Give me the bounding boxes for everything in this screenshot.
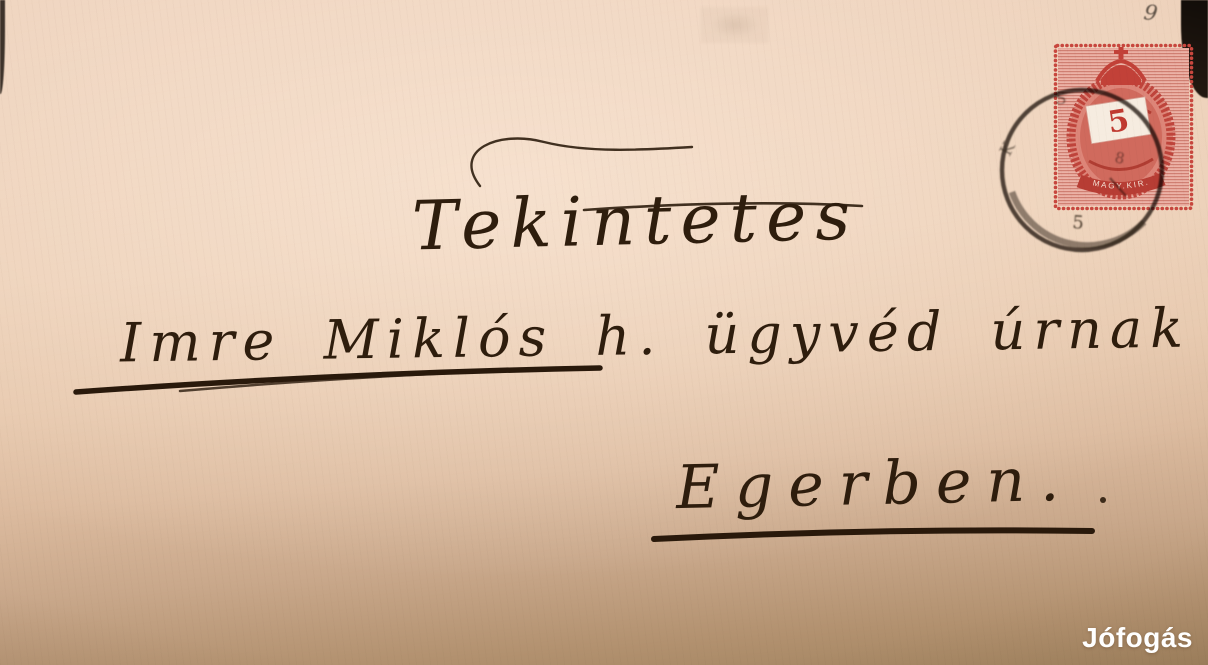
- destination-underline: [654, 530, 1092, 539]
- watermark-logo: Jófogás: [1082, 622, 1193, 654]
- postmark-town-letters: K S: [996, 85, 1093, 159]
- addressee-name: Imre Miklós: [120, 305, 555, 374]
- backdrop-edge-left: [0, 0, 5, 94]
- honorific-line: Tekintetes: [411, 177, 860, 267]
- envelope-photo: 9 Tekintetes Imre Miklós h. ügyvéd úrnak…: [0, 0, 1208, 665]
- postmark-date-digit: 8: [1113, 148, 1126, 168]
- postmark: K S 8 5: [994, 82, 1174, 262]
- faint-smudge: [702, 7, 768, 43]
- addressee-line: Imre Miklós h. ügyvéd úrnak: [120, 297, 1192, 375]
- svg-text:K S: K S: [996, 85, 1093, 159]
- addressee-title: h. ügyvéd úrnak: [595, 297, 1191, 368]
- postmark-bottom-digit: 5: [1072, 212, 1085, 234]
- pencil-mark: 9: [1142, 0, 1159, 26]
- destination-line: Egerben.: [675, 445, 1074, 523]
